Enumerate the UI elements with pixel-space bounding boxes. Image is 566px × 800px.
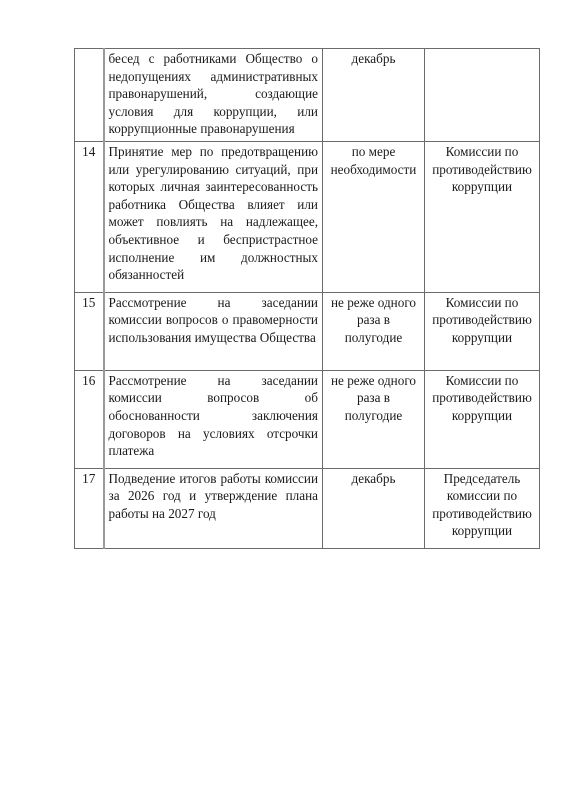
table-row: 14 Принятие мер по предотвращению или ур… xyxy=(75,141,540,292)
row-action: Принятие мер по предотвращению или урегу… xyxy=(104,141,323,292)
table-row: 17 Подведение итогов работы комиссии за … xyxy=(75,468,540,548)
row-responsible: Комиссии по противодействию коррупции xyxy=(425,292,540,370)
row-number: 16 xyxy=(75,370,104,468)
row-action: Рассмотрение на заседании комиссии вопро… xyxy=(104,292,323,370)
table-row: 16 Рассмотрение на заседании комиссии во… xyxy=(75,370,540,468)
row-term: не реже одного раза в полугодие xyxy=(323,370,425,468)
row-responsible: Председатель комиссии по противодействию… xyxy=(425,468,540,548)
document-page: бесед с работниками Общество о недопущен… xyxy=(0,0,566,800)
anticorruption-plan-table: бесед с работниками Общество о недопущен… xyxy=(74,48,540,549)
row-number: 15 xyxy=(75,292,104,370)
row-responsible: Комиссии по противодействию коррупции xyxy=(425,370,540,468)
row-term: по мере необходимости xyxy=(323,141,425,292)
row-term: не реже одного раза в полугодие xyxy=(323,292,425,370)
row-number: 14 xyxy=(75,141,104,292)
row-responsible: Комиссии по противодействию коррупции xyxy=(425,141,540,292)
row-responsible xyxy=(425,49,540,142)
row-action: бесед с работниками Общество о недопущен… xyxy=(104,49,323,142)
row-number: 17 xyxy=(75,468,104,548)
row-number xyxy=(75,49,104,142)
table-row: бесед с работниками Общество о недопущен… xyxy=(75,49,540,142)
row-action: Рассмотрение на заседании комиссии вопро… xyxy=(104,370,323,468)
row-action: Подведение итогов работы комиссии за 202… xyxy=(104,468,323,548)
table-row: 15 Рассмотрение на заседании комиссии во… xyxy=(75,292,540,370)
row-term: декабрь xyxy=(323,49,425,142)
row-term: декабрь xyxy=(323,468,425,548)
